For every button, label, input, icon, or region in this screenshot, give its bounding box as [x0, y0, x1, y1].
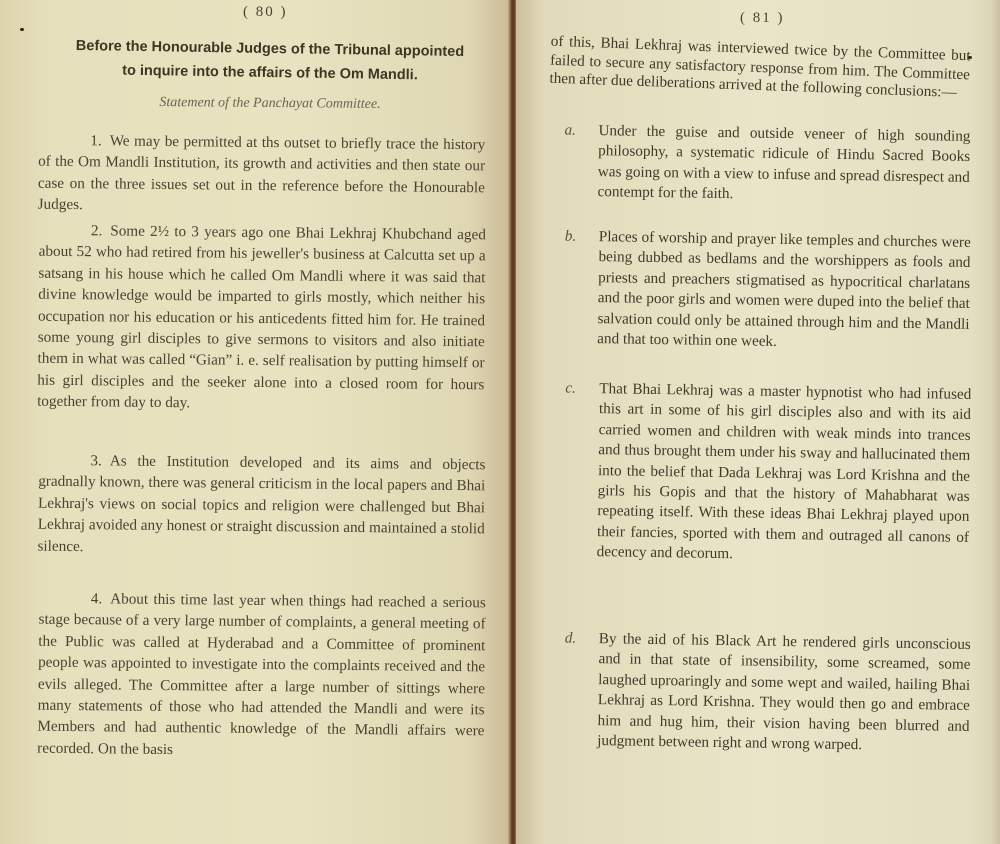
ink-speck: [968, 56, 972, 59]
conclusion-d: d. By the aid of his Black Art he render…: [597, 629, 971, 757]
conclusion-marker: a.: [564, 121, 576, 142]
paragraph-2: 2.Some 2½ to 3 years ago one Bhai Lekhra…: [37, 220, 486, 417]
conclusion-c: c. That Bhai Lekhraj was a master hypnot…: [597, 379, 972, 568]
conclusion-marker: d.: [565, 629, 577, 650]
conclusion-text: Places of worship and prayer like temple…: [597, 227, 971, 355]
paragraph-number: 1.: [90, 132, 102, 149]
paragraph-text: As the Institution developed and its aim…: [37, 452, 485, 554]
page-number: ( 81 ): [740, 10, 785, 27]
paragraph-number: 4.: [91, 590, 103, 607]
conclusion-a: a. Under the guise and outside veneer of…: [597, 121, 970, 208]
right-page: ( 81 ) of this, Bhai Lekhraj was intervi…: [516, 0, 1000, 844]
conclusion-text: Under the guise and outside veneer of hi…: [597, 121, 970, 208]
ink-speck: [20, 28, 24, 31]
paragraph-text: We may be permitted at ths outset to bri…: [38, 132, 486, 213]
paragraph-3: 3.As the Institution developed and its a…: [37, 450, 485, 562]
paragraph-text: About this time last year when things ha…: [37, 590, 486, 758]
conclusion-marker: b.: [565, 227, 577, 248]
document-heading-line-2: to inquire into the affairs of the Om Ma…: [40, 58, 500, 87]
paragraph-number: 2.: [91, 222, 103, 239]
page-number: ( 80 ): [243, 4, 288, 21]
conclusion-marker: c.: [565, 379, 576, 400]
paragraph-4: 4.About this time last year when things …: [37, 588, 486, 764]
page-edge: [992, 0, 1000, 844]
conclusion-b: b. Places of worship and prayer like tem…: [597, 227, 971, 355]
document-subheading: Statement of the Panchayat Committee.: [40, 94, 500, 114]
paragraph-number: 3.: [90, 452, 102, 469]
conclusion-text: That Bhai Lekhraj was a master hypnotist…: [597, 379, 972, 568]
conclusion-text: By the aid of his Black Art he rendered …: [597, 629, 971, 757]
continuation-paragraph: of this, Bhai Lekhraj was interviewed tw…: [549, 33, 971, 103]
paragraph-text: Some 2½ to 3 years ago one Bhai Lekhraj …: [37, 222, 486, 411]
paragraph-1: 1.We may be permitted at ths outset to b…: [38, 130, 486, 220]
open-book: ( 80 ) Before the Honourable Judges of t…: [0, 0, 1000, 844]
left-page: ( 80 ) Before the Honourable Judges of t…: [0, 0, 508, 844]
